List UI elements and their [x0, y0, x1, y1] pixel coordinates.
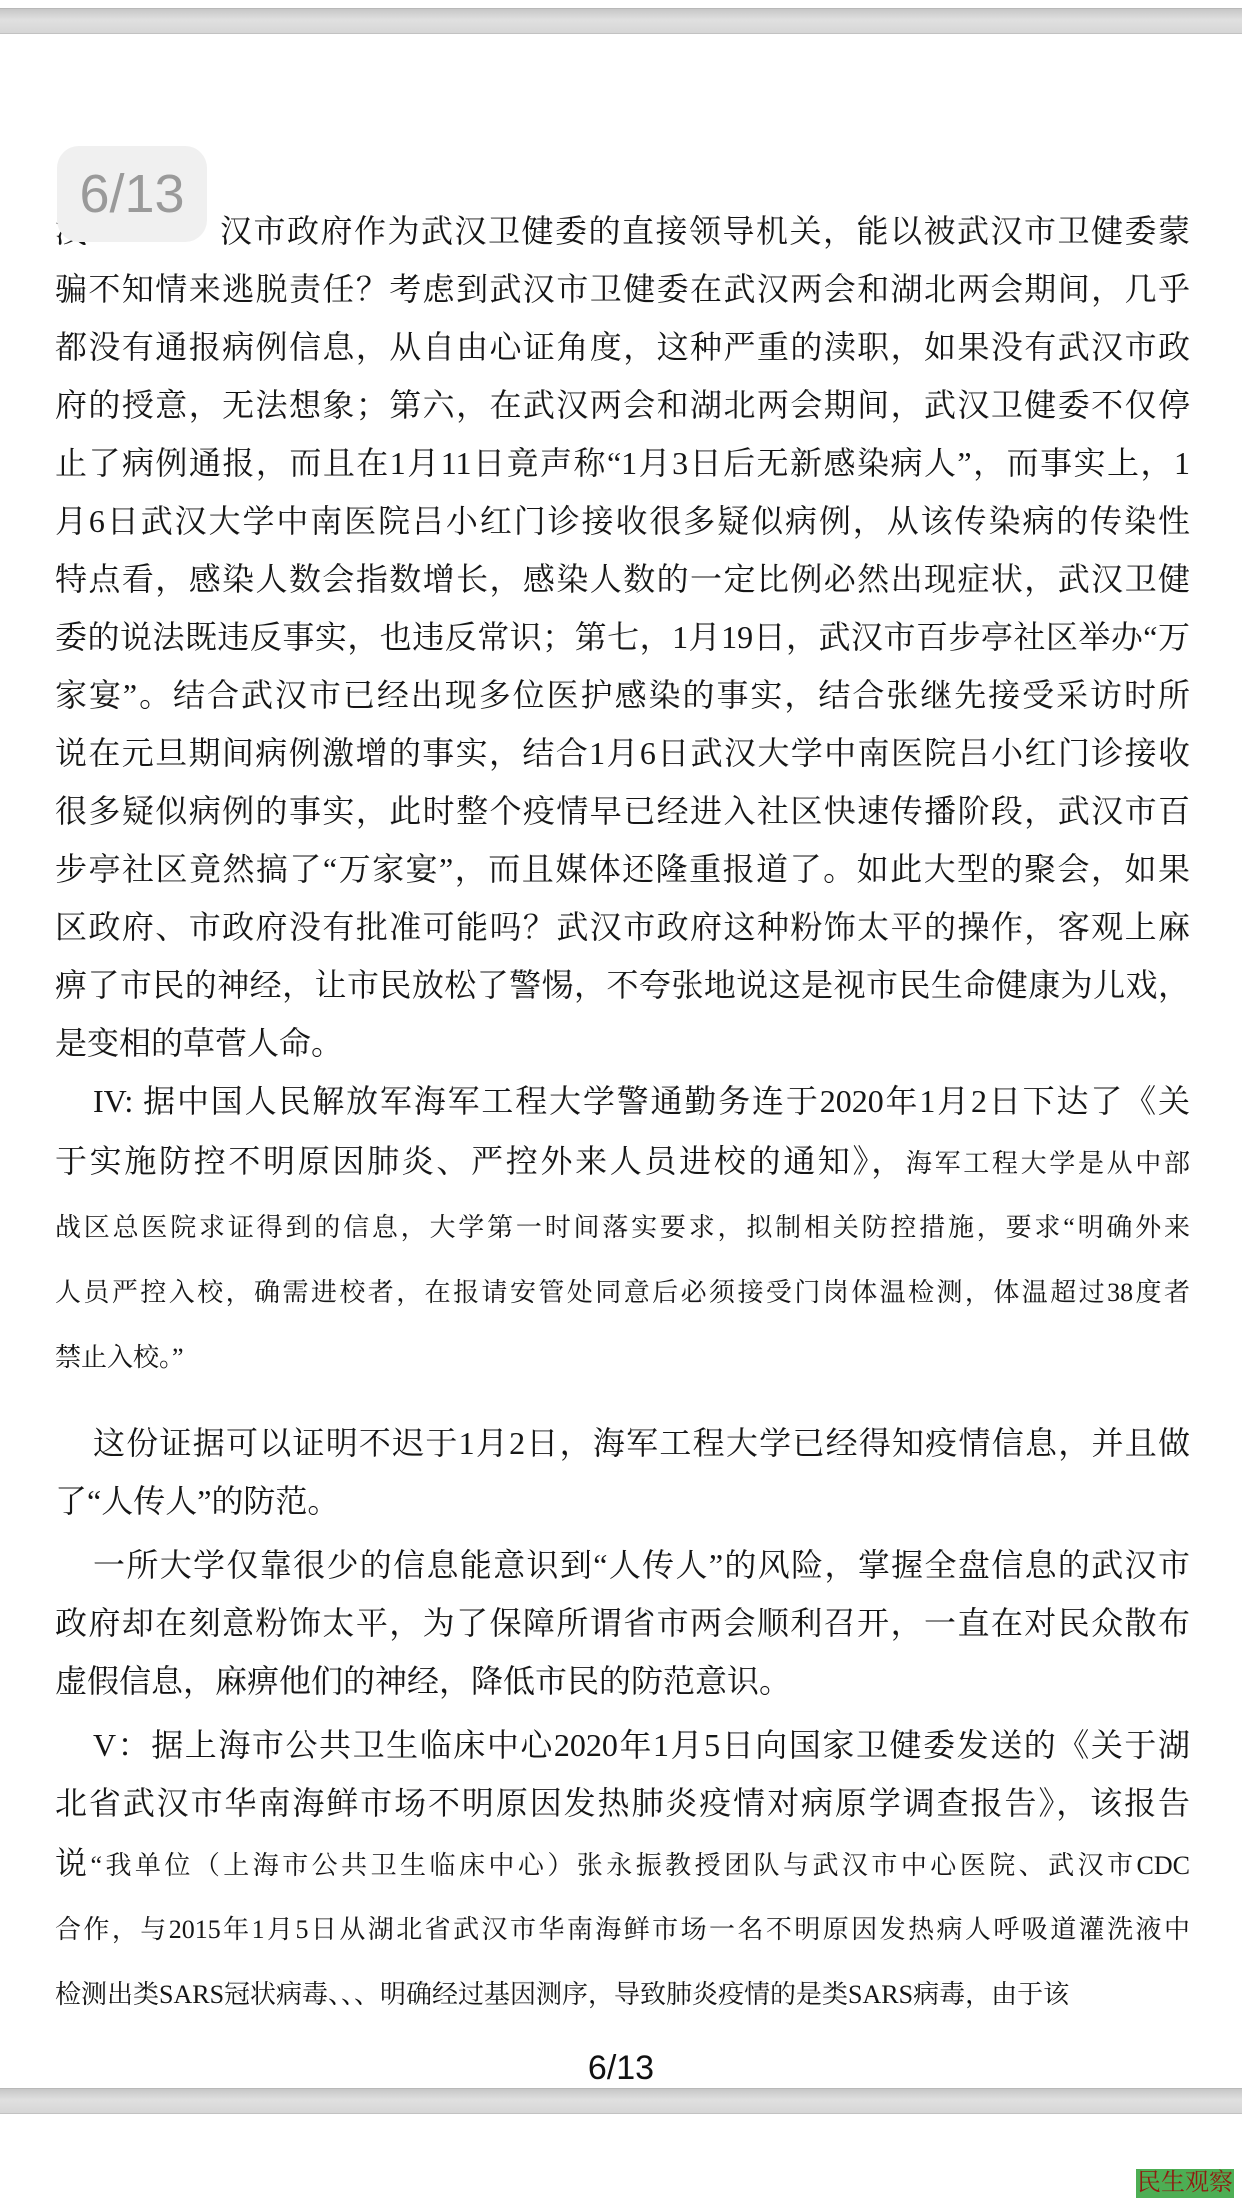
text-segment: 汉市政府作为武汉卫健委的直接领导机关，能以被武汉市卫健委蒙	[219, 213, 1190, 249]
text-line: 浅汉市政府作为武汉卫健委的直接领导机关，能以被武汉市卫健委蒙	[55, 202, 1190, 260]
para-continued-wuhan-gov: 浅汉市政府作为武汉卫健委的直接领导机关，能以被武汉市卫健委蒙骗不知情来逃脱责任？…	[55, 202, 1190, 1072]
document-text: 浅汉市政府作为武汉卫健委的直接领导机关，能以被武汉市卫健委蒙骗不知情来逃脱责任？…	[0, 34, 1242, 2027]
screenshot-root: { "overlay": { "page_indicator": "6/13" …	[0, 0, 1242, 2208]
watermark-badge: 民生观察	[1136, 2169, 1234, 2198]
text-segment: 虚假信息，麻痹他们的神经，降低市民的防范意识。	[55, 1663, 791, 1699]
text-segment: 检测出类SARS冠状病毒、、、明确经过基因测序，导致肺炎疫情的是类SARS病毒，…	[55, 1980, 1069, 2009]
text-line: 于实施防控不明原因肺炎、严控外来人员进校的通知》，海军工程大学是从中部	[55, 1130, 1190, 1195]
text-segment: 特点看，感染人数会指数增长，感染人数的一定比例必然出现症状，武汉卫健	[55, 561, 1190, 597]
text-line: 区政府、市政府没有批准可能吗？武汉市政府这种粉饰太平的操作，客观上麻	[55, 898, 1190, 956]
text-segment: 人员严控入校，确需进校者，在报请安管处同意后必须接受门岗体温检测，体温超过38度…	[55, 1278, 1190, 1307]
text-line: 一所大学仅靠很少的信息能意识到“人传人”的风险，掌握全盘信息的武汉市	[55, 1536, 1190, 1594]
text-segment: 月6日武汉大学中南医院吕小红门诊接收很多疑似病例，从该传染病的传染性	[55, 503, 1190, 539]
text-line: V：据上海市公共卫生临床中心2020年1月5日向国家卫健委发送的《关于湖	[55, 1716, 1190, 1774]
text-line: 步亭社区竟然搞了“万家宴”，而且媒体还隆重报道了。如此大型的聚会，如果	[55, 840, 1190, 898]
para-evidence-conclusion: 这份证据可以证明不迟于1月2日，海军工程大学已经得知疫情信息，并且做了“人传人”…	[55, 1414, 1190, 1530]
text-segment: 府的授意，无法想象；第六，在武汉两会和湖北两会期间，武汉卫健委不仅停	[55, 387, 1190, 423]
text-line: 说“我单位（上海市公共卫生临床中心）张永振教授团队与武汉市中心医院、武汉市CDC	[55, 1832, 1190, 1897]
text-line: 很多疑似病例的事实，此时整个疫情早已经进入社区快速传播阶段，武汉市百	[55, 782, 1190, 840]
text-segment: 说	[55, 1845, 90, 1881]
text-line: 止了病例通报，而且在1月11日竟声称“1月3日后无新感染病人”，而事实上，1	[55, 434, 1190, 492]
text-line: 是变相的草菅人命。	[55, 1014, 1190, 1072]
text-line: IV: 据中国人民解放军海军工程大学警通勤务连于2020年1月2日下达了《关	[55, 1072, 1190, 1130]
page-indicator-overlay: 6/13	[57, 146, 207, 242]
text-line: 北省武汉市华南海鲜市场不明原因发热肺炎疫情对病原学调查报告》，该报告	[55, 1774, 1190, 1832]
text-segment: 于实施防控不明原因肺炎、严控外来人员进校的通知》，	[55, 1143, 906, 1179]
document-page: 6/13 浅汉市政府作为武汉卫健委的直接领导机关，能以被武汉市卫健委蒙骗不知情来…	[0, 34, 1242, 2088]
text-line: 痹了市民的神经，让市民放松了警惕，不夸张地说这是视市民生命健康为儿戏，	[55, 956, 1190, 1014]
text-line: 这份证据可以证明不迟于1月2日，海军工程大学已经得知疫情信息，并且做	[55, 1414, 1190, 1472]
text-line: 合作，与2015年1月5日从湖北省武汉市华南海鲜市场一名不明原因发热病人呼吸道灌…	[55, 1897, 1190, 1962]
text-segment: 了“人传人”的防范。	[55, 1483, 339, 1519]
text-line: 说在元旦期间病例激增的事实，结合1月6日武汉大学中南医院吕小红门诊接收	[55, 724, 1190, 782]
next-page-top-sliver	[0, 2114, 1242, 2208]
text-segment: 战区总医院求证得到的信息，大学第一时间落实要求，拟制相关防控措施，要求“明确外来	[55, 1213, 1190, 1242]
text-segment: 很多疑似病例的事实，此时整个疫情早已经进入社区快速传播阶段，武汉市百	[55, 793, 1190, 829]
text-line: 虚假信息，麻痹他们的神经，降低市民的防范意识。	[55, 1652, 1190, 1710]
para-v-shanghai-report: V：据上海市公共卫生临床中心2020年1月5日向国家卫健委发送的《关于湖北省武汉…	[55, 1716, 1190, 2027]
text-segment: 海军工程大学是从中部	[906, 1149, 1190, 1178]
text-line: 都没有通报病例信息，从自由心证角度，这种严重的渎职，如果没有武汉市政	[55, 318, 1190, 376]
text-line: 检测出类SARS冠状病毒、、、明确经过基因测序，导致肺炎疫情的是类SARS病毒，…	[55, 1962, 1190, 2027]
text-segment: 禁止入校。”	[55, 1343, 184, 1372]
text-segment: 骗不知情来逃脱责任？考虑到武汉市卫健委在武汉两会和湖北两会期间，几乎	[55, 271, 1190, 307]
text-segment: 步亭社区竟然搞了“万家宴”，而且媒体还隆重报道了。如此大型的聚会，如果	[55, 851, 1190, 887]
page-indicator-label: 6/13	[79, 163, 184, 225]
text-segment: 这份证据可以证明不迟于1月2日，海军工程大学已经得知疫情信息，并且做	[93, 1425, 1190, 1461]
text-line: 月6日武汉大学中南医院吕小红门诊接收很多疑似病例，从该传染病的传染性	[55, 492, 1190, 550]
text-line: 委的说法既违反事实，也违反常识；第七，1月19日，武汉市百步亭社区举办“万	[55, 608, 1190, 666]
previous-page-bottom-sliver	[0, 0, 1242, 8]
text-line: 人员严控入校，确需进校者，在报请安管处同意后必须接受门岗体温检测，体温超过38度…	[55, 1260, 1190, 1325]
text-line: 禁止入校。”	[55, 1325, 1190, 1390]
page-gap-top	[0, 8, 1242, 34]
text-segment: 止了病例通报，而且在1月11日竟声称“1月3日后无新感染病人”，而事实上，1	[55, 445, 1190, 481]
text-segment: IV: 据中国人民解放军海军工程大学警通勤务连于2020年1月2日下达了《关	[93, 1083, 1190, 1119]
text-line: 特点看，感染人数会指数增长，感染人数的一定比例必然出现症状，武汉卫健	[55, 550, 1190, 608]
text-segment: 家宴”。结合武汉市已经出现多位医护感染的事实，结合张继先接受采访时所	[55, 677, 1190, 713]
footer-page-number: 6/13	[0, 2049, 1242, 2088]
text-segment: 是变相的草菅人命。	[55, 1025, 343, 1061]
page-gap-bottom	[0, 2088, 1242, 2114]
text-segment: 北省武汉市华南海鲜市场不明原因发热肺炎疫情对病原学调查报告》，该报告	[55, 1785, 1190, 1821]
text-segment: 说在元旦期间病例激增的事实，结合1月6日武汉大学中南医院吕小红门诊接收	[55, 735, 1190, 771]
text-line: 府的授意，无法想象；第六，在武汉两会和湖北两会期间，武汉卫健委不仅停	[55, 376, 1190, 434]
text-segment: 痹了市民的神经，让市民放松了警惕，不夸张地说这是视市民生命健康为儿戏，	[55, 967, 1190, 1003]
text-segment: 政府却在刻意粉饰太平，为了保障所谓省市两会顺利召开，一直在对民众散布	[55, 1605, 1190, 1641]
text-line: 了“人传人”的防范。	[55, 1472, 1190, 1530]
text-segment: 区政府、市政府没有批准可能吗？武汉市政府这种粉饰太平的操作，客观上麻	[55, 909, 1190, 945]
text-segment: 委的说法既违反事实，也违反常识；第七，1月19日，武汉市百步亭社区举办“万	[55, 619, 1190, 655]
para-university-vs-gov: 一所大学仅靠很少的信息能意识到“人传人”的风险，掌握全盘信息的武汉市政府却在刻意…	[55, 1536, 1190, 1710]
text-segment: 合作，与2015年1月5日从湖北省武汉市华南海鲜市场一名不明原因发热病人呼吸道灌…	[55, 1915, 1190, 1944]
text-segment: 都没有通报病例信息，从自由心证角度，这种严重的渎职，如果没有武汉市政	[55, 329, 1190, 365]
text-line: 家宴”。结合武汉市已经出现多位医护感染的事实，结合张继先接受采访时所	[55, 666, 1190, 724]
text-line: 政府却在刻意粉饰太平，为了保障所谓省市两会顺利召开，一直在对民众散布	[55, 1594, 1190, 1652]
text-segment: 一所大学仅靠很少的信息能意识到“人传人”的风险，掌握全盘信息的武汉市	[93, 1547, 1190, 1583]
text-segment: V：据上海市公共卫生临床中心2020年1月5日向国家卫健委发送的《关于湖	[93, 1727, 1190, 1763]
para-iv-naval-university: IV: 据中国人民解放军海军工程大学警通勤务连于2020年1月2日下达了《关于实…	[55, 1072, 1190, 1390]
text-segment: “我单位（上海市公共卫生临床中心）张永振教授团队与武汉市中心医院、武汉市CDC	[90, 1851, 1190, 1880]
text-line: 战区总医院求证得到的信息，大学第一时间落实要求，拟制相关防控措施，要求“明确外来	[55, 1195, 1190, 1260]
text-line: 骗不知情来逃脱责任？考虑到武汉市卫健委在武汉两会和湖北两会期间，几乎	[55, 260, 1190, 318]
